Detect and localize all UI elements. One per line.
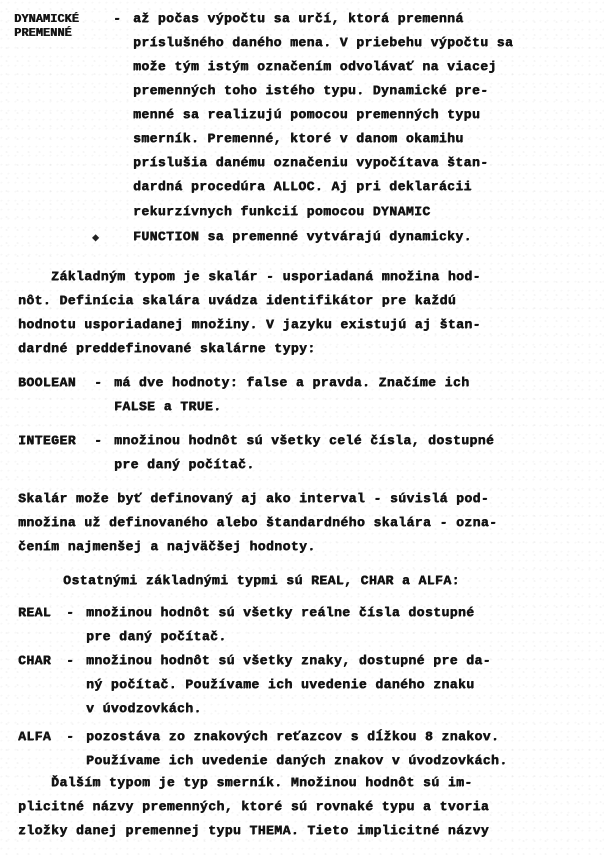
definition-term: INTEGER <box>18 432 76 450</box>
text-line: pozostáva zo znakových reťazcov s dĺžkou… <box>86 728 499 746</box>
text-line: Skalár može byť definovaný aj ako interv… <box>18 490 489 508</box>
text-line: hodnotu usporiadanej množiny. V jazyku e… <box>18 316 481 334</box>
definition-separator: - <box>94 374 102 392</box>
text-line: má dve hodnoty: false a pravda. Značíme … <box>114 374 469 392</box>
text-line: dardné preddefinované skalárne typy: <box>18 340 316 358</box>
text-line: príslušia danému označeniu vypočítava št… <box>133 154 488 172</box>
text-line: ný počítač. Používame ich uvedenie danéh… <box>86 676 474 694</box>
margin-mark-icon: ◆ <box>92 230 99 245</box>
text-line: pre daný počítač. <box>86 628 226 646</box>
text-line: v úvodzovkách. <box>86 700 202 718</box>
text-line: plicitné názvy premenných, ktoré sú rovn… <box>18 798 489 816</box>
text-line: menné sa realizujú pomocou premenných ty… <box>133 106 480 124</box>
definition-separator: - <box>66 604 74 622</box>
scanned-document-page: DYNAMICKÉ PREMENNÉ - až počas výpočtu sa… <box>0 0 604 855</box>
text-line: množinou hodnôt sú všetky reálne čísla d… <box>86 604 474 622</box>
text-line: množinou hodnôt sú všetky celé čísla, do… <box>114 432 494 450</box>
definition-separator: - <box>94 432 102 450</box>
text-line: rekurzívnych funkcií pomocou DYNAMIC <box>133 203 431 221</box>
text-line: FALSE a TRUE. <box>114 398 221 416</box>
text-line: zložky danej premennej typu THEMA. Tieto… <box>18 822 489 840</box>
text-line: pre daný počítač. <box>114 456 254 474</box>
text-line: dardná procedúra ALLOC. Aj pri deklaráci… <box>133 178 472 196</box>
text-line: smerník. Premenné, ktoré v danom okamihu <box>133 130 464 148</box>
definition-term: DYNAMICKÉ <box>14 12 79 26</box>
text-line: Základným typom je skalár - usporiadaná … <box>18 268 481 286</box>
text-line: FUNCTION sa premenné vytvárajú dynamicky… <box>133 228 472 246</box>
text-line: premenných toho istého typu. Dynamické p… <box>133 82 488 100</box>
text-line: množinou hodnôt sú všetky znaky, dostupn… <box>86 652 491 670</box>
text-line: Ďalším typom je typ smerník. Množinou ho… <box>18 774 473 792</box>
text-line: čením najmenšej a najväčšej hodnoty. <box>18 538 316 556</box>
definition-term: CHAR <box>18 652 51 670</box>
text-line: može tým istým označením odvolávať na vi… <box>133 58 497 76</box>
text-line: množina už definovaného alebo štandardné… <box>18 514 497 532</box>
definition-term: PREMENNÉ <box>14 26 72 40</box>
definition-term: REAL <box>18 604 51 622</box>
definition-separator: - <box>113 10 121 28</box>
definition-separator: - <box>66 652 74 670</box>
text-line: príslušného daného mena. V priebehu výpo… <box>133 34 513 52</box>
definition-term: ALFA <box>18 728 51 746</box>
text-line: nôt. Definícia skalára uvádza identifiká… <box>18 292 456 310</box>
definition-separator: - <box>66 728 74 746</box>
text-line: Ostatnými základnými typmi sú REAL, CHAR… <box>30 572 460 590</box>
text-line: Používame ich uvedenie daných znakov v ú… <box>86 752 507 770</box>
text-line: až počas výpočtu sa určí, ktorá premenná <box>133 10 464 28</box>
definition-term: BOOLEAN <box>18 374 76 392</box>
